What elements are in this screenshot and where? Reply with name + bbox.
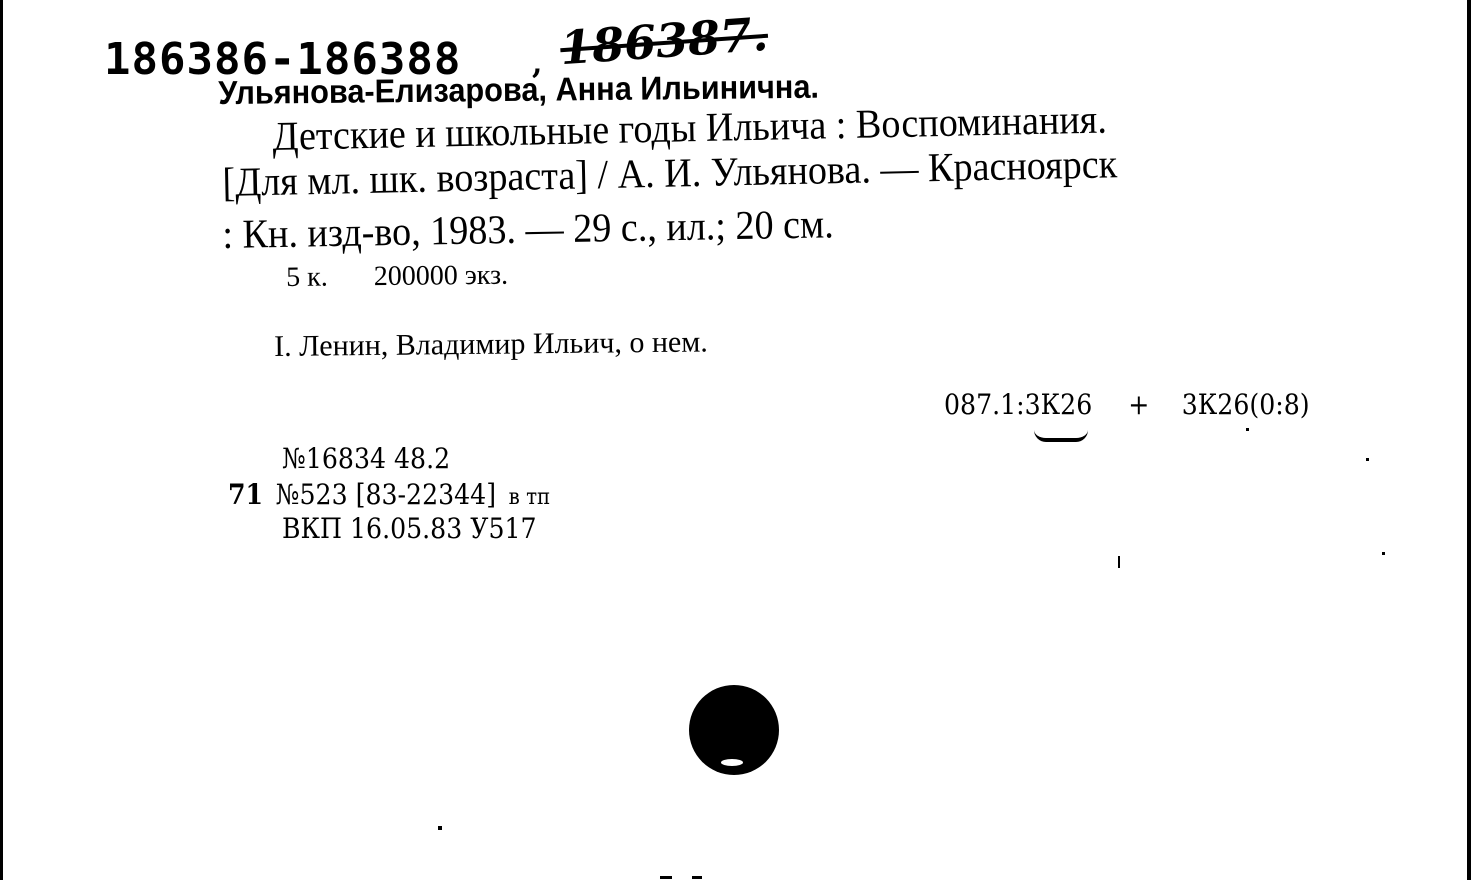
footer-line-1: №16834 48.2 [282,442,450,475]
handwritten-underline-mark [1034,430,1088,442]
classification-plus: + [1128,388,1149,421]
footer-line-2-prefix: 71 [228,478,263,511]
speck [660,876,672,879]
catalog-card: 186386-186388 , 186387. Ульянова-Елизаро… [0,0,1472,880]
speck [438,826,442,830]
print-run: 200000 экз. [374,260,509,292]
footer-line-2: 71№523 [83-22344]в тп [228,478,550,511]
footer-line-2-main: №523 [83-22344] [276,478,496,511]
punch-hole [689,685,779,775]
speck [1246,428,1249,431]
footer-line-2-suffix: в тп [509,485,551,510]
handwritten-struck-number: 186387. [558,7,769,75]
classification-secondary: 3К26(0:8) [1182,388,1310,421]
classification-index: 087.1:3К26+3К26(0:8) [944,388,1310,421]
title-line-3: : Кн. изд-во, 1983. — 29 с., ил.; 20 см. [222,199,834,258]
classification-primary: 087.1:3К26 [944,388,1092,421]
card-right-edge [1467,0,1471,880]
speck [1366,458,1369,461]
card-left-edge [0,0,3,880]
footer-line-3: ВКП 16.05.83 У517 [282,512,537,545]
subject-heading: I. Ленин, Владимир Ильич, о нем. [274,325,708,364]
price-print-run: 5 к.200000 экз. [286,260,508,294]
speck [1382,552,1385,555]
price: 5 к. [286,262,328,293]
speck [692,876,702,879]
speck [1118,556,1120,568]
